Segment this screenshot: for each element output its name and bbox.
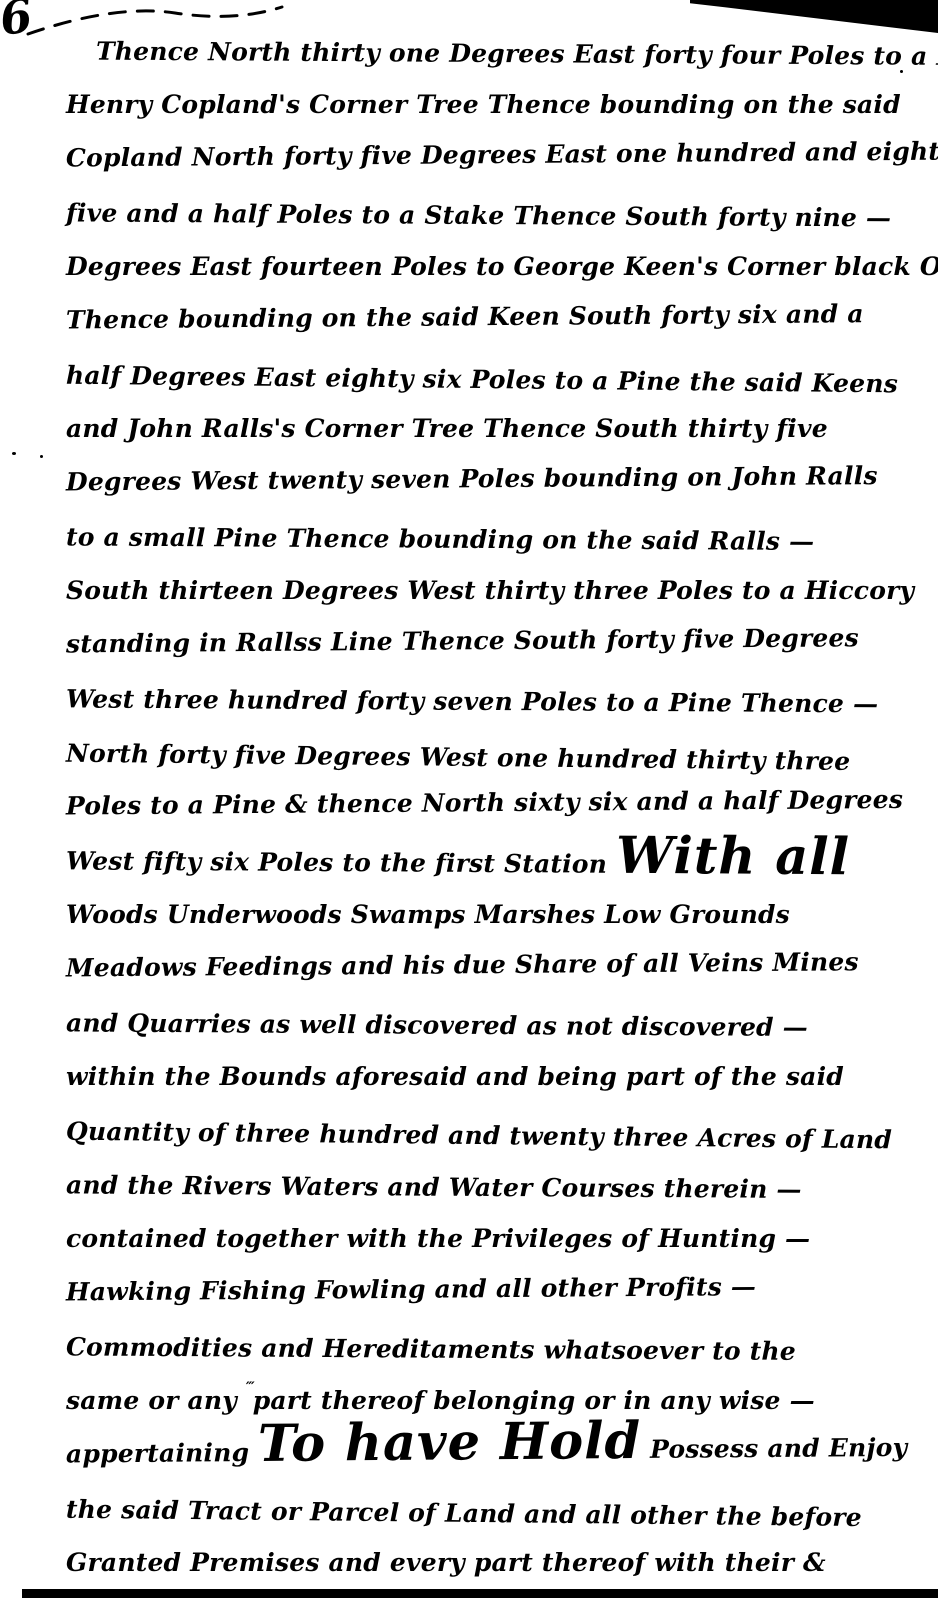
text-segment: part thereof belonging or in any wise — <box>253 1386 815 1415</box>
text-segment: five and a half Poles to a Stake Thence … <box>66 198 891 232</box>
text-segment: Possess and Enjoy <box>641 1433 907 1464</box>
handwritten-line: Commodities and Hereditaments whatsoever… <box>0 1320 938 1380</box>
text-segment: West three hundred forty seven Poles to … <box>66 684 878 718</box>
text-segment: Copland North forty five Degrees East on… <box>66 137 938 173</box>
text-segment: South thirteen Degrees West thirty three… <box>66 576 914 605</box>
document-page: 6 Thence North thirty one Degrees East f… <box>0 0 938 1600</box>
text-segment: Woods Underwoods Swamps Marshes Low Grou… <box>66 900 790 929</box>
text-segment: and the Rivers Waters and Water Courses … <box>66 1170 802 1203</box>
handwritten-line: Poles to a Pine & thence North sixty six… <box>0 773 938 834</box>
emphasized-phrase: With all <box>616 826 850 887</box>
handwritten-line: Copland North forty five Degrees East on… <box>0 125 938 186</box>
insertion-caret-mark: ‴ <box>246 1361 253 1415</box>
handwritten-line: Meadows Feedings and his due Share of al… <box>0 935 938 996</box>
scan-edge-artifact-bottom <box>22 1589 938 1598</box>
handwritten-line: five and a half Poles to a Stake Thence … <box>0 186 938 246</box>
text-segment: Hawking Fishing Fowling and all other Pr… <box>66 1272 756 1306</box>
text-segment: standing in Rallss Line Thence South for… <box>66 623 859 658</box>
text-segment: same or any <box>66 1386 246 1415</box>
handwritten-line: Woods Underwoods Swamps Marshes Low Grou… <box>0 888 938 942</box>
handwritten-line: and Quarries as well discovered as not d… <box>0 996 938 1056</box>
handwritten-line: Thence North thirty one Degrees East for… <box>0 24 938 84</box>
handwritten-text-block: Thence North thirty one Degrees East for… <box>0 24 938 1590</box>
handwritten-line: Degrees East fourteen Poles to George Ke… <box>0 240 938 294</box>
text-segment: and John Ralls's Corner Tree Thence Sout… <box>66 414 828 443</box>
text-segment: appertaining <box>66 1438 258 1469</box>
ink-speck <box>900 70 903 73</box>
text-segment: West fifty six Poles to the first Statio… <box>66 846 616 878</box>
handwritten-line: West three hundred forty seven Poles to … <box>0 672 938 732</box>
handwritten-line: appertaining To have Hold Possess and En… <box>0 1421 938 1482</box>
text-segment: within the Bounds aforesaid and being pa… <box>66 1062 844 1091</box>
ink-speck <box>12 452 16 455</box>
text-segment: Henry Copland's Corner Tree Thence bound… <box>66 90 901 119</box>
handwritten-line: Hawking Fishing Fowling and all other Pr… <box>0 1259 938 1320</box>
text-segment: the said Tract or Parcel of Land and all… <box>66 1495 862 1532</box>
text-segment: Meadows Feedings and his due Share of al… <box>66 947 859 982</box>
handwritten-line: Degrees West twenty seven Poles bounding… <box>0 449 938 510</box>
handwritten-line: West fifty six Poles to the first Statio… <box>0 834 938 894</box>
text-segment: half Degrees East eighty six Poles to a … <box>66 361 898 399</box>
handwritten-line: contained together with the Privileges o… <box>0 1212 938 1266</box>
text-segment: Degrees West twenty seven Poles bounding… <box>66 461 878 496</box>
handwritten-line: Thence bounding on the said Keen South f… <box>0 287 938 348</box>
text-segment: Commodities and Hereditaments whatsoever… <box>66 1332 796 1365</box>
text-segment: Thence North thirty one Degrees East for… <box>96 37 938 72</box>
text-segment: Thence bounding on the said Keen South f… <box>66 299 864 334</box>
text-segment: Poles to a Pine & thence North sixty six… <box>66 785 903 821</box>
handwritten-line: South thirteen Degrees West thirty three… <box>0 564 938 618</box>
text-segment: North forty five Degrees West one hundre… <box>66 739 851 776</box>
handwritten-line: and the Rivers Waters and Water Courses … <box>0 1158 938 1218</box>
text-segment: Degrees East fourteen Poles to George Ke… <box>66 252 938 281</box>
handwritten-line: the said Tract or Parcel of Land and all… <box>0 1482 938 1546</box>
handwritten-line: Henry Copland's Corner Tree Thence bound… <box>0 78 938 132</box>
text-segment: to a small Pine Thence bounding on the s… <box>66 522 814 556</box>
text-segment: contained together with the Privileges o… <box>66 1224 810 1253</box>
handwritten-line: to a small Pine Thence bounding on the s… <box>0 510 938 570</box>
emphasized-phrase: To have Hold <box>258 1411 642 1474</box>
handwritten-line: within the Bounds aforesaid and being pa… <box>0 1050 938 1104</box>
handwritten-line: half Degrees East eighty six Poles to a … <box>0 348 938 412</box>
ink-speck <box>40 455 43 458</box>
text-segment: Quantity of three hundred and twenty thr… <box>66 1117 892 1155</box>
text-segment: Granted Premises and every part thereof … <box>66 1548 826 1577</box>
text-segment: and Quarries as well discovered as not d… <box>66 1008 808 1042</box>
handwritten-line: standing in Rallss Line Thence South for… <box>0 611 938 672</box>
